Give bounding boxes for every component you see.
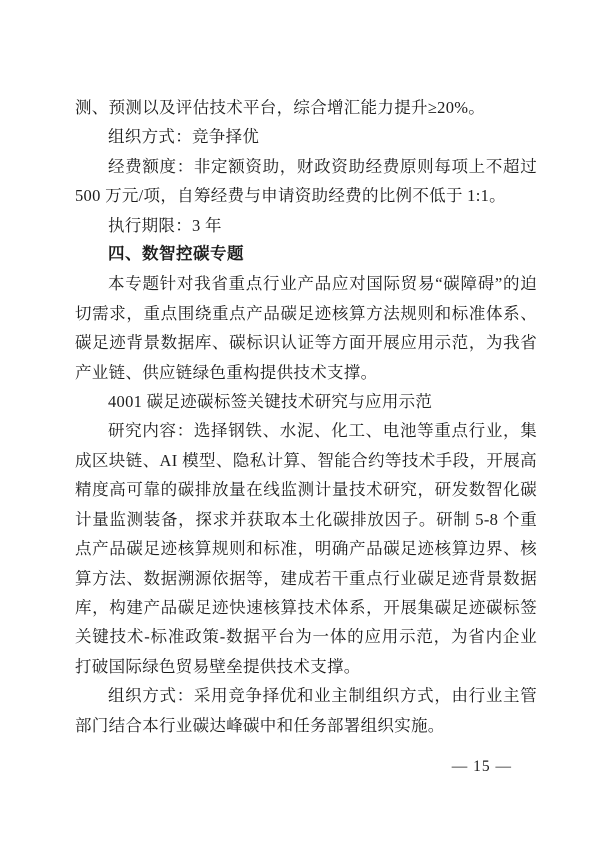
paragraph-funding-amount: 经费额度：非定额资助，财政资助经费原则每项上不超过 500 万元/项，自筹经费与… (75, 152, 537, 211)
paragraph-organization-implementation: 组织方式：采用竞争择优和业主制组织方式，由行业主管部门结合本行业碳达峰碳中和任务… (75, 681, 537, 740)
paragraph-project-title: 4001 碳足迹碳标签关键技术研究与应用示范 (75, 387, 537, 416)
document-page: 测、预测以及评估技术平台，综合增汇能力提升≥20%。 组织方式：竞争择优 经费额… (0, 0, 600, 848)
page-number: — 15 — (452, 758, 512, 776)
document-body: 测、预测以及评估技术平台，综合增汇能力提升≥20%。 组织方式：竞争择优 经费额… (75, 93, 537, 740)
paragraph-topic-intro: 本专题针对我省重点行业产品应对国际贸易“碳障碍”的迫切需求，重点围绕重点产品碳足… (75, 269, 537, 387)
paragraph-organization-mode: 组织方式：竞争择优 (75, 122, 537, 151)
paragraph-execution-period: 执行期限：3 年 (75, 211, 537, 240)
section-heading: 四、数智控碳专题 (75, 240, 537, 269)
paragraph-research-content: 研究内容：选择钢铁、水泥、化工、电池等重点行业，集成区块链、AI 模型、隐私计算… (75, 416, 537, 681)
paragraph-continuation: 测、预测以及评估技术平台，综合增汇能力提升≥20%。 (75, 93, 537, 122)
